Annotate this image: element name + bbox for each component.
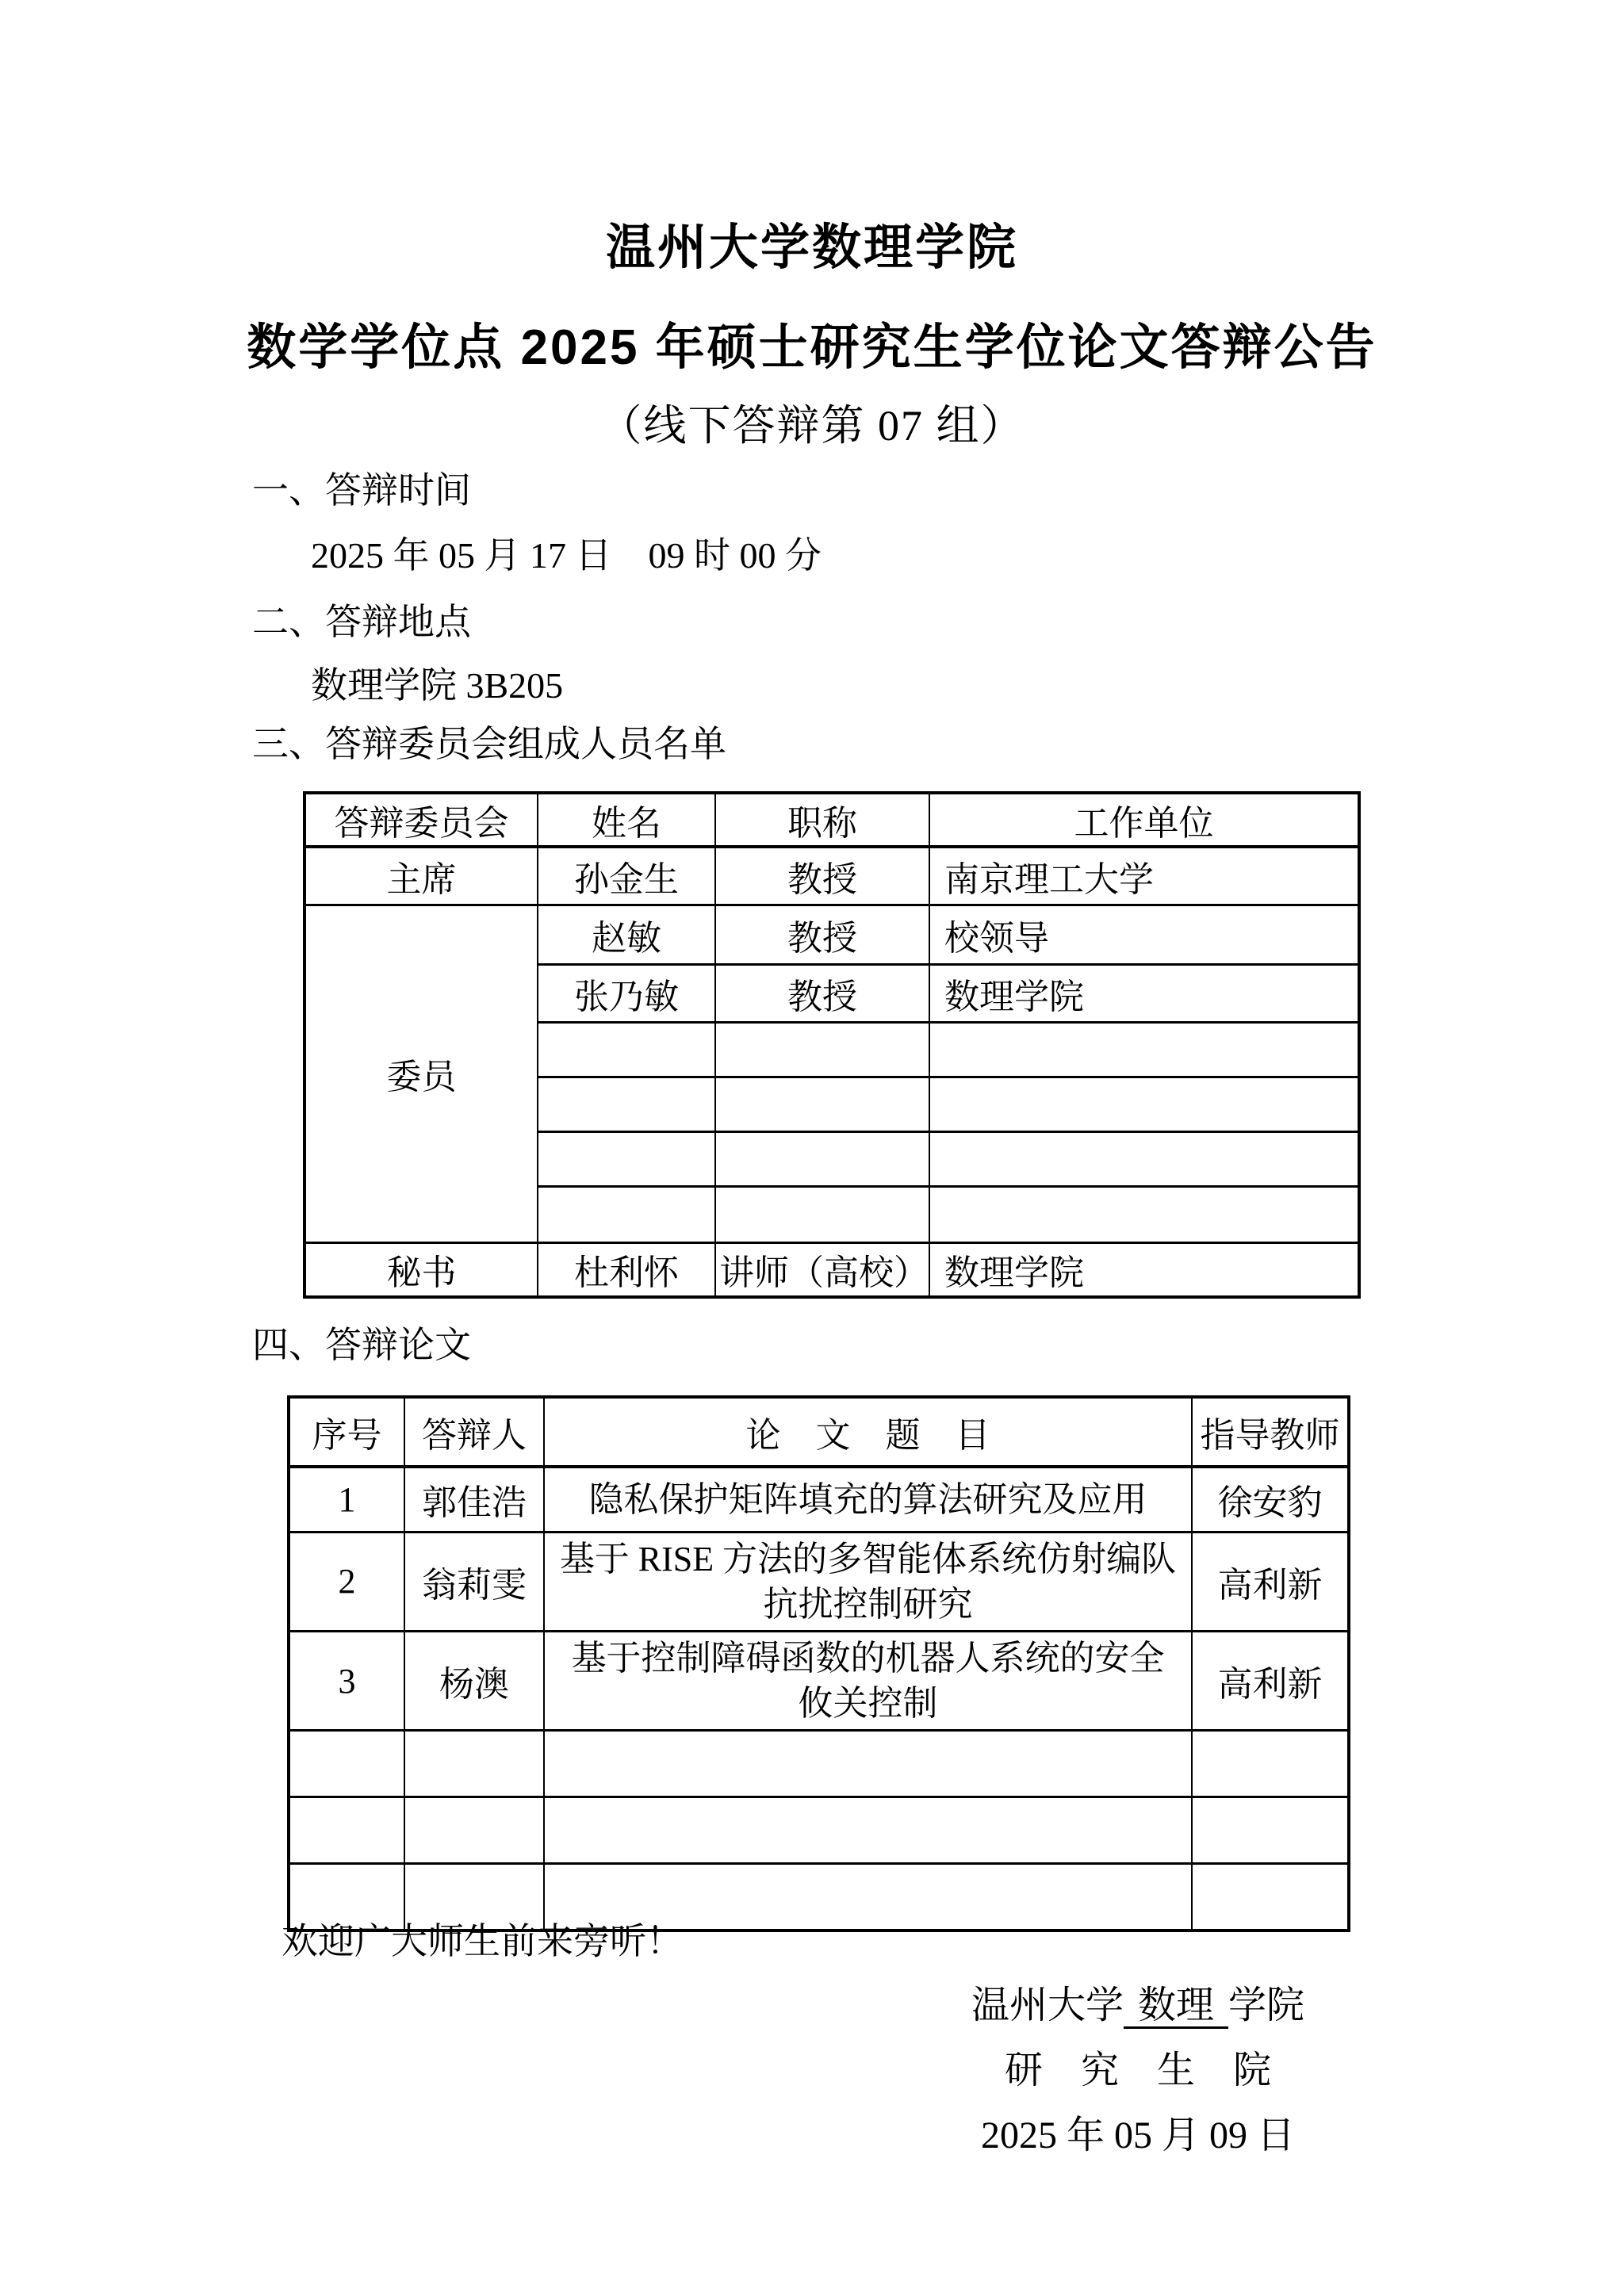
unit-cell: 南京理工大学 <box>929 847 1359 905</box>
title-cell <box>715 1077 929 1131</box>
advisor-cell: 高利新 <box>1192 1532 1349 1631</box>
role-cell: 主席 <box>304 847 538 905</box>
thesis-title-cell: 隐私保护矩阵填充的算法研究及应用 <box>544 1467 1192 1532</box>
committee-chair-row: 主席 孙金生 教授 南京理工大学 <box>304 847 1359 905</box>
title-cell <box>715 1131 929 1186</box>
defender-cell: 郭佳浩 <box>404 1467 544 1532</box>
defender-cell <box>404 1797 544 1864</box>
name-cell <box>538 1077 715 1131</box>
thesis-table: 序号 答辩人 论 文 题 目 指导教师 1 郭佳浩 隐私保护矩阵填充的算法研究及… <box>287 1395 1350 1932</box>
thesis-row: 3 杨澳 基于控制障碍函数的机器人系统的安全攸关控制 高利新 <box>289 1631 1349 1730</box>
title-cell: 教授 <box>715 847 929 905</box>
thesis-title-cell <box>544 1731 1192 1797</box>
title-cell <box>715 1186 929 1242</box>
section-time-heading: 一、答辩时间 <box>252 461 471 514</box>
name-cell <box>538 1022 715 1077</box>
announcement-document: 温州大学数理学院 数学学位点 2025 年硕士研究生学位论文答辩公告 （线下答辩… <box>0 0 1624 2296</box>
advisor-cell <box>1192 1797 1349 1864</box>
committee-header-row: 答辩委员会 姓名 职称 工作单位 <box>304 793 1359 847</box>
unit-cell <box>929 1131 1359 1186</box>
signature-date: 2025 年 05 月 09 日 <box>856 2104 1419 2159</box>
unit-cell: 数理学院 <box>929 964 1359 1022</box>
committee-secretary-row: 秘书 杜利怀 讲师（高校） 数理学院 <box>304 1242 1359 1297</box>
advisor-cell <box>1192 1864 1349 1931</box>
thesis-header-row: 序号 答辩人 论 文 题 目 指导教师 <box>289 1397 1349 1467</box>
name-cell: 孙金生 <box>538 847 715 905</box>
signature-college-underlined: 数理 <box>1124 1984 1228 2029</box>
title-cell: 讲师（高校） <box>715 1242 929 1297</box>
committee-header-cell: 答辩委员会 <box>304 793 538 847</box>
thesis-header-cell: 指导教师 <box>1192 1397 1349 1467</box>
defense-time-value: 2025 年 05 月 17 日 09 时 00 分 <box>311 526 822 579</box>
title-cell <box>715 1022 929 1077</box>
committee-header-cell: 工作单位 <box>929 793 1359 847</box>
college-title: 温州大学数理学院 <box>0 208 1624 278</box>
thesis-title-cell: 基于控制障碍函数的机器人系统的安全攸关控制 <box>544 1631 1192 1730</box>
defender-cell: 杨澳 <box>404 1631 544 1730</box>
title-cell: 教授 <box>715 905 929 964</box>
defender-cell: 翁莉雯 <box>404 1532 544 1631</box>
name-cell: 杜利怀 <box>538 1242 715 1297</box>
name-cell <box>538 1131 715 1186</box>
defender-cell <box>404 1731 544 1797</box>
main-title: 数学学位点 2025 年硕士研究生学位论文答辩公告 <box>0 308 1624 378</box>
no-cell: 3 <box>289 1631 404 1730</box>
name-cell: 张乃敏 <box>538 964 715 1022</box>
title-cell: 教授 <box>715 964 929 1022</box>
unit-cell <box>929 1077 1359 1131</box>
no-cell: 1 <box>289 1467 404 1532</box>
section-committee-heading: 三、答辩委员会组成人员名单 <box>252 715 726 767</box>
signature-university: 温州大学 <box>971 1984 1124 2026</box>
committee-header-cell: 姓名 <box>538 793 715 847</box>
role-cell: 秘书 <box>304 1242 538 1297</box>
defense-place-value: 数理学院 3B205 <box>311 656 563 709</box>
unit-cell <box>929 1186 1359 1242</box>
advisor-cell: 徐安豹 <box>1192 1467 1349 1532</box>
committee-table: 答辩委员会 姓名 职称 工作单位 主席 孙金生 教授 南京理工大学 委员 赵敏 … <box>303 791 1361 1299</box>
signature-department: 研 究 生 院 <box>856 2039 1419 2094</box>
thesis-row: 2 翁莉雯 基于 RISE 方法的多智能体系统仿射编队抗扰控制研究 高利新 <box>289 1532 1349 1631</box>
name-cell: 赵敏 <box>538 905 715 964</box>
no-cell <box>289 1797 404 1864</box>
thesis-header-cell: 序号 <box>289 1397 404 1467</box>
advisor-cell: 高利新 <box>1192 1631 1349 1730</box>
thesis-header-cell: 论 文 题 目 <box>544 1397 1192 1467</box>
unit-cell <box>929 1022 1359 1077</box>
role-cell-members: 委员 <box>304 905 538 1242</box>
signature-college-suffix: 学院 <box>1228 1984 1304 2026</box>
no-cell: 2 <box>289 1532 404 1631</box>
thesis-row: 1 郭佳浩 隐私保护矩阵填充的算法研究及应用 徐安豹 <box>289 1467 1349 1532</box>
section-place-heading: 二、答辩地点 <box>252 593 471 645</box>
committee-header-cell: 职称 <box>715 793 929 847</box>
no-cell <box>289 1731 404 1797</box>
name-cell <box>538 1186 715 1242</box>
closing-invitation: 欢迎广大师生前来旁听！ <box>282 1912 683 1965</box>
thesis-row <box>289 1731 1349 1797</box>
advisor-cell <box>1192 1731 1349 1797</box>
unit-cell: 数理学院 <box>929 1242 1359 1297</box>
thesis-title-cell <box>544 1797 1192 1864</box>
thesis-header-cell: 答辩人 <box>404 1397 544 1467</box>
committee-member-row: 委员 赵敏 教授 校领导 <box>304 905 1359 964</box>
thesis-row <box>289 1797 1349 1864</box>
section-thesis-heading: 四、答辩论文 <box>252 1316 471 1368</box>
thesis-title-cell: 基于 RISE 方法的多智能体系统仿射编队抗扰控制研究 <box>544 1532 1192 1631</box>
signature-college-line: 温州大学数理学院 <box>856 1974 1419 2029</box>
unit-cell: 校领导 <box>929 905 1359 964</box>
group-subtitle: （线下答辩第 07 组） <box>0 392 1624 453</box>
